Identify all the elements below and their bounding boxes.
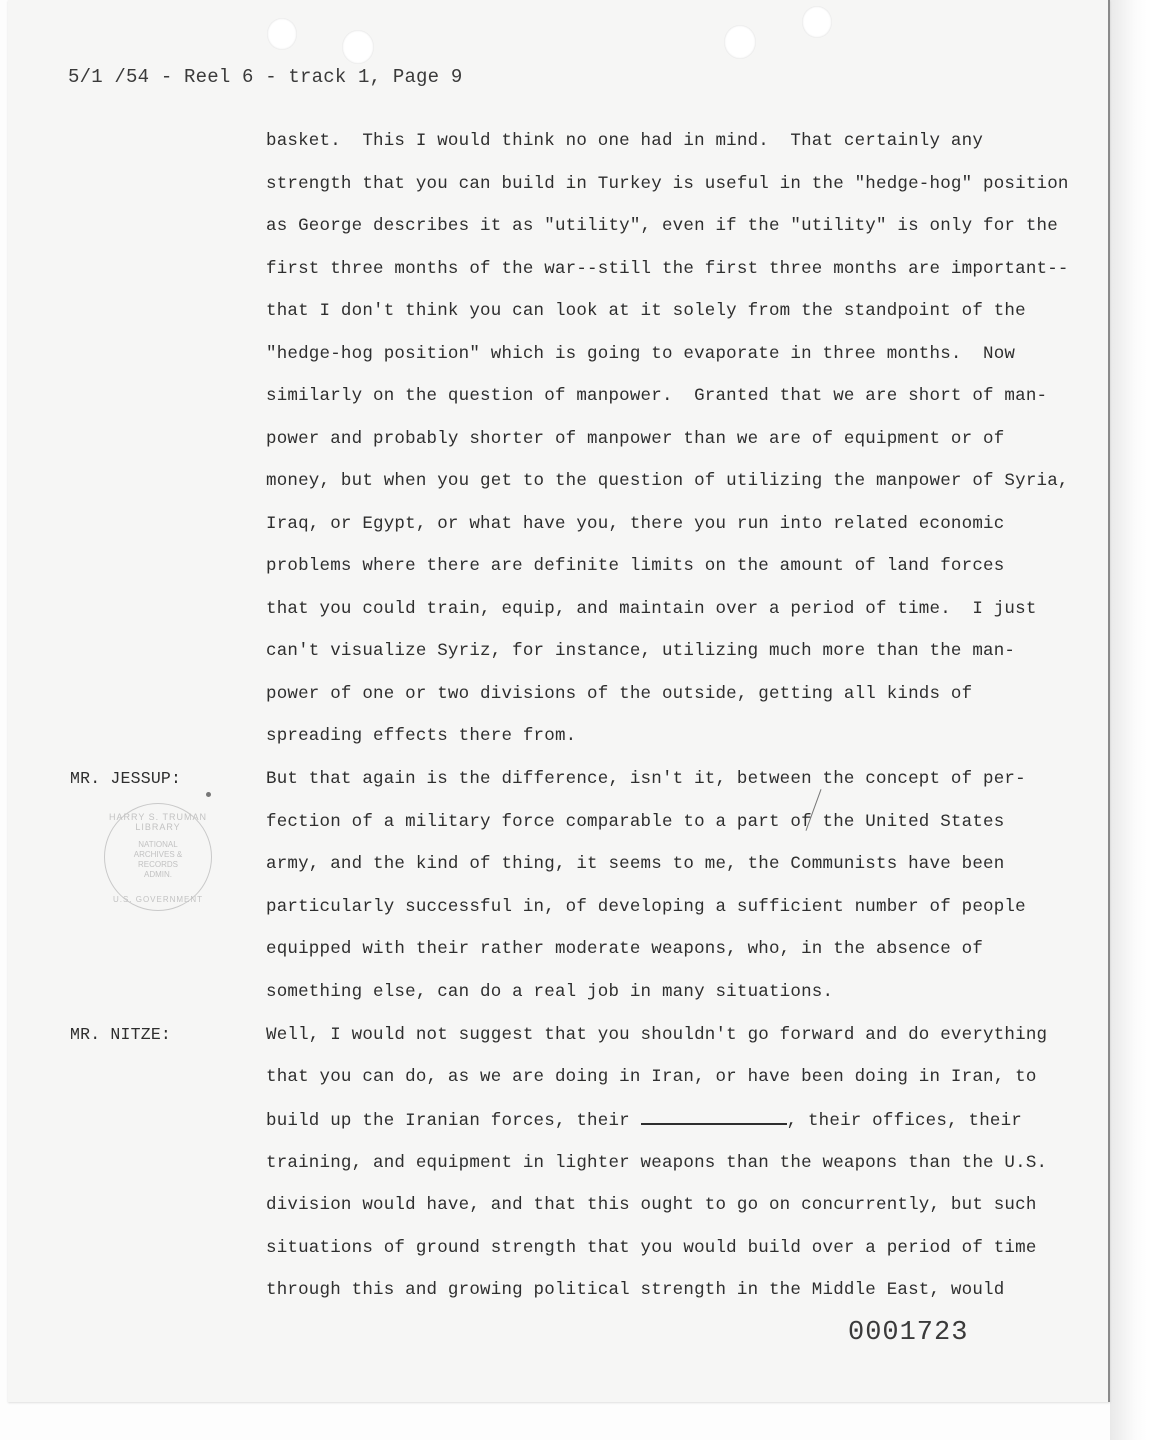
- punch-hole-1: [267, 18, 297, 50]
- text-line: that you could train, equip, and maintai…: [266, 598, 1037, 620]
- text-line: basket. This I would think no one had in…: [266, 130, 983, 152]
- text-line: fection of a military force comparable t…: [266, 811, 1004, 833]
- text-line: money, but when you get to the question …: [266, 470, 1069, 492]
- stamp-line: NATIONAL: [105, 840, 211, 850]
- text-line: Well, I would not suggest that you shoul…: [266, 1024, 1047, 1046]
- punch-hole-3: [724, 25, 756, 59]
- scan-margin: [1110, 0, 1152, 1440]
- redacted-blank: [641, 1109, 787, 1125]
- text-line: training, and equipment in lighter weapo…: [266, 1152, 1047, 1174]
- text-line: particularly successful in, of developin…: [266, 896, 1026, 918]
- text-line: through this and growing political stren…: [266, 1279, 1004, 1301]
- text-segment: build up the Iranian forces, their: [266, 1111, 630, 1131]
- text-line: power and probably shorter of manpower t…: [266, 428, 1004, 450]
- text-line: army, and the kind of thing, it seems to…: [266, 853, 1004, 875]
- stamp-ring-top: HARRY S. TRUMAN LIBRARY: [105, 812, 211, 832]
- text-segment: , their offices, their: [787, 1111, 1022, 1131]
- truman-library-stamp: HARRY S. TRUMAN LIBRARY NATIONAL ARCHIVE…: [104, 803, 212, 911]
- text-line: situations of ground strength that you w…: [266, 1237, 1037, 1259]
- text-line: spreading effects there from.: [266, 725, 576, 747]
- ink-speck: [206, 792, 211, 797]
- text-line: strength that you can build in Turkey is…: [266, 173, 1069, 195]
- stamp-center: NATIONAL ARCHIVES & RECORDS ADMIN.: [105, 840, 211, 880]
- text-line: that I don't think you can look at it so…: [266, 300, 1026, 322]
- speaker-label-jessup: MR. JESSUP:: [70, 768, 181, 790]
- typewritten-page: 5/1 /54 - Reel 6 - track 1, Page 9 baske…: [8, 0, 1110, 1402]
- text-line: can't visualize Syriz, for instance, uti…: [266, 640, 1015, 662]
- punch-hole-2: [342, 30, 374, 64]
- text-line: division would have, and that this ought…: [266, 1194, 1037, 1216]
- stamp-ring-bottom: U.S. GOVERNMENT: [105, 895, 211, 904]
- document-number: 0001723: [848, 1318, 968, 1348]
- page-header: 5/1 /54 - Reel 6 - track 1, Page 9: [68, 66, 462, 88]
- stamp-line: ARCHIVES &: [105, 850, 211, 860]
- text-line: power of one or two divisions of the out…: [266, 683, 972, 705]
- text-line: first three months of the war--still the…: [266, 258, 1069, 280]
- stamp-line: RECORDS: [105, 860, 211, 870]
- text-line: something else, can do a real job in man…: [266, 981, 833, 1003]
- text-line: problems where there are definite limits…: [266, 555, 1004, 577]
- punch-hole-4: [802, 6, 832, 38]
- text-line: Iraq, or Egypt, or what have you, there …: [266, 513, 1004, 535]
- text-line: similarly on the question of manpower. G…: [266, 385, 1047, 407]
- text-line: as George describes it as "utility", eve…: [266, 215, 1058, 237]
- text-line-with-blank: build up the Iranian forces, their , the…: [266, 1109, 1022, 1132]
- text-line: that you can do, as we are doing in Iran…: [266, 1066, 1037, 1088]
- text-line: equipped with their rather moderate weap…: [266, 938, 983, 960]
- text-line: But that again is the difference, isn't …: [266, 768, 1026, 790]
- speaker-label-nitze: MR. NITZE:: [70, 1024, 171, 1046]
- stamp-line: ADMIN.: [105, 870, 211, 880]
- text-line: "hedge-hog position" which is going to e…: [266, 343, 1015, 365]
